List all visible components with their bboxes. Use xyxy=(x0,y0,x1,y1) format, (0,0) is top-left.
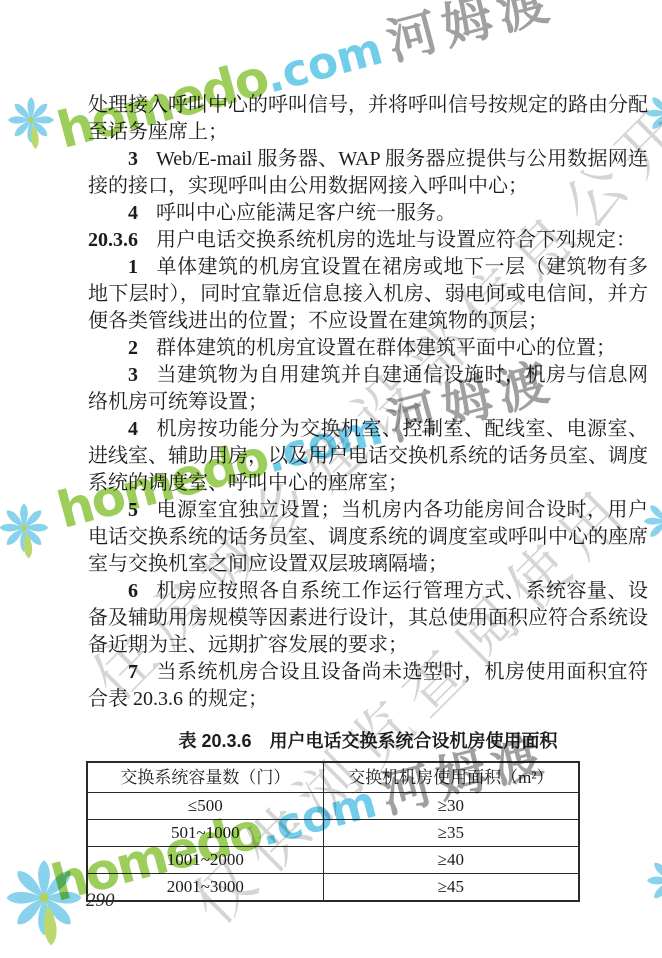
clause-number: 6 xyxy=(128,580,138,602)
clause-number: 2 xyxy=(128,337,138,359)
paragraph: 3Web/E-mail 服务器、WAP 服务器应提供与公用数据网连接的接口，实现… xyxy=(88,146,648,200)
paragraph: 6机房应按照各自系统工作运行管理方式、系统容量、设备及辅助用房规模等因素进行设计… xyxy=(88,578,648,659)
table-cell: ≥45 xyxy=(323,874,579,902)
paragraph: 2群体建筑的机房宜设置在群体建筑平面中心的位置； xyxy=(88,335,648,362)
clause-number: 3 xyxy=(128,148,138,170)
paragraph: 1单体建筑的机房宜设置在裙房或地下一层（建筑物有多地下层时），同时宜靠近信息接入… xyxy=(88,254,648,335)
flower-icon-partial xyxy=(639,494,662,558)
paragraph: 20.3.6用户电话交换系统机房的选址与设置应符合下列规定： xyxy=(88,227,648,254)
flower-icon xyxy=(0,852,90,958)
document-page: 住房城乡建设部信息公开 仅供浏览查阅使用 处理接入呼叫中心的呼叫信号，并将呼叫信… xyxy=(0,0,662,958)
flower-icon-partial xyxy=(641,850,662,922)
clause-number: 7 xyxy=(128,661,138,683)
clause-number: 4 xyxy=(128,418,138,440)
clause-number: 20.3.6 xyxy=(88,229,138,251)
clause-number: 1 xyxy=(128,256,138,278)
paragraph: 4呼叫中心应能满足客户统一服务。 xyxy=(88,200,648,227)
paragraph: 7当系统机房合设且设备尚未选型时，机房使用面积宜符合表 20.3.6 的规定； xyxy=(88,659,648,713)
table-cell: ≥40 xyxy=(323,847,579,874)
clause-number: 3 xyxy=(128,364,138,386)
flower-icon xyxy=(0,498,54,568)
homedo-cjk-text: 河姆渡 xyxy=(381,0,561,72)
table-title: 表 20.3.6 用户电话交换系统合设机房使用面积 xyxy=(88,730,648,752)
clause-number: 4 xyxy=(128,202,138,224)
flower-icon xyxy=(3,92,59,158)
flower-icon-partial xyxy=(641,86,662,150)
